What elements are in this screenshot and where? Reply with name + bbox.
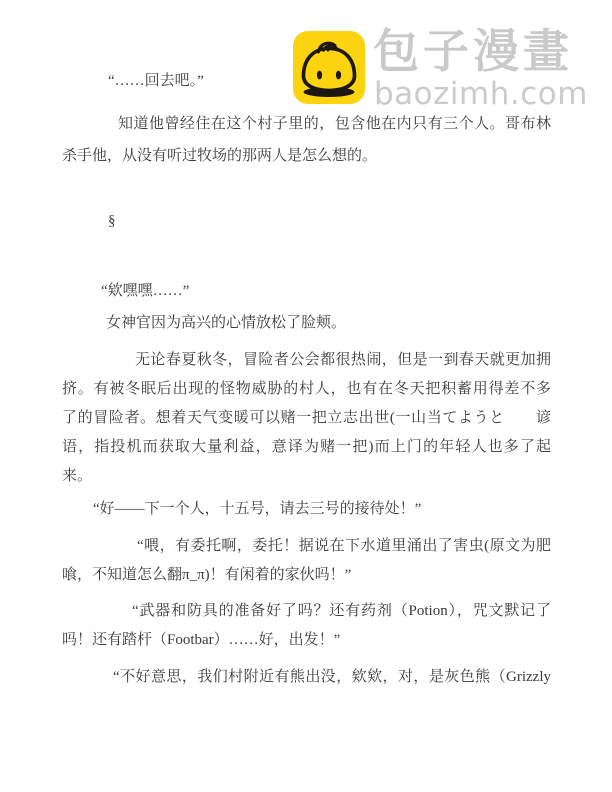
text-line: 吗！还有踏杆（Footbar）……好，出发！” xyxy=(62,626,551,655)
text-line: 了的冒险者。想着天气变暖可以赌一把立志出世(一山当てようと 谚 xyxy=(62,404,551,433)
text-line: 女神官因为高兴的心情放松了脸颊。 xyxy=(62,307,551,339)
section-mark: § xyxy=(62,205,551,237)
paragraph: 知道他曾经住在这个村子里的，包含他在内只有三个人。哥布林 杀手他，从没有听过牧场… xyxy=(62,108,551,172)
document-page: 包子漫畫 baozimh.com “……回去吧。” 知道他曾经住在这个村子里的，… xyxy=(0,0,612,792)
text-content: “……回去吧。” 知道他曾经住在这个村子里的，包含他在内只有三个人。哥布林 杀手… xyxy=(62,0,551,692)
text-line: 杀手他，从没有听过牧场的那两人是怎么想的。 xyxy=(62,140,551,172)
paragraph: 女神官因为高兴的心情放松了脸颊。 xyxy=(62,307,551,339)
text-line: “不好意思，我们村附近有熊出没，欸欸，对，是灰色熊（Grizzly xyxy=(62,663,551,692)
text-line: “好——下一个人，十五号，请去三号的接待处！” xyxy=(62,493,551,525)
paragraph: “不好意思，我们村附近有熊出没，欸欸，对，是灰色熊（Grizzly xyxy=(62,663,551,692)
paragraph: “武器和防具的准备好了吗？还有药剂（Potion），咒文默记了 吗！还有踏杆（F… xyxy=(62,597,551,655)
text-line: “喂，有委托啊，委托！据说在下水道里涌出了害虫(原文为肥 xyxy=(62,532,551,561)
text-line: 无论春夏秋冬，冒险者公会都很热闹，但是一到春天就更加拥 xyxy=(62,346,551,375)
paragraph: “……回去吧。” xyxy=(62,65,551,97)
text-line: § xyxy=(62,205,551,237)
text-line: 挤。有被冬眠后出现的怪物威胁的村人，也有在冬天把积蓄用得差不多 xyxy=(62,375,551,404)
paragraph: “喂，有委托啊，委托！据说在下水道里涌出了害虫(原文为肥 喰，不知道怎么翻π_π… xyxy=(62,532,551,590)
text-line: 来。 xyxy=(62,462,551,491)
text-line: “……回去吧。” xyxy=(62,65,551,97)
paragraph: “欸嘿嘿……” xyxy=(62,275,551,307)
text-line: 知道他曾经住在这个村子里的，包含他在内只有三个人。哥布林 xyxy=(62,108,551,140)
text-line: 喰，不知道怎么翻π_π)！有闲着的家伙吗！” xyxy=(62,561,551,590)
text-line: “欸嘿嘿……” xyxy=(62,275,551,307)
paragraph: 无论春夏秋冬，冒险者公会都很热闹，但是一到春天就更加拥 挤。有被冬眠后出现的怪物… xyxy=(62,346,551,491)
paragraph: “好——下一个人，十五号，请去三号的接待处！” xyxy=(62,493,551,525)
text-line: 语，指投机而获取大量利益，意译为赌一把)而上门的年轻人也多了起 xyxy=(62,433,551,462)
text-line: “武器和防具的准备好了吗？还有药剂（Potion），咒文默记了 xyxy=(62,597,551,626)
